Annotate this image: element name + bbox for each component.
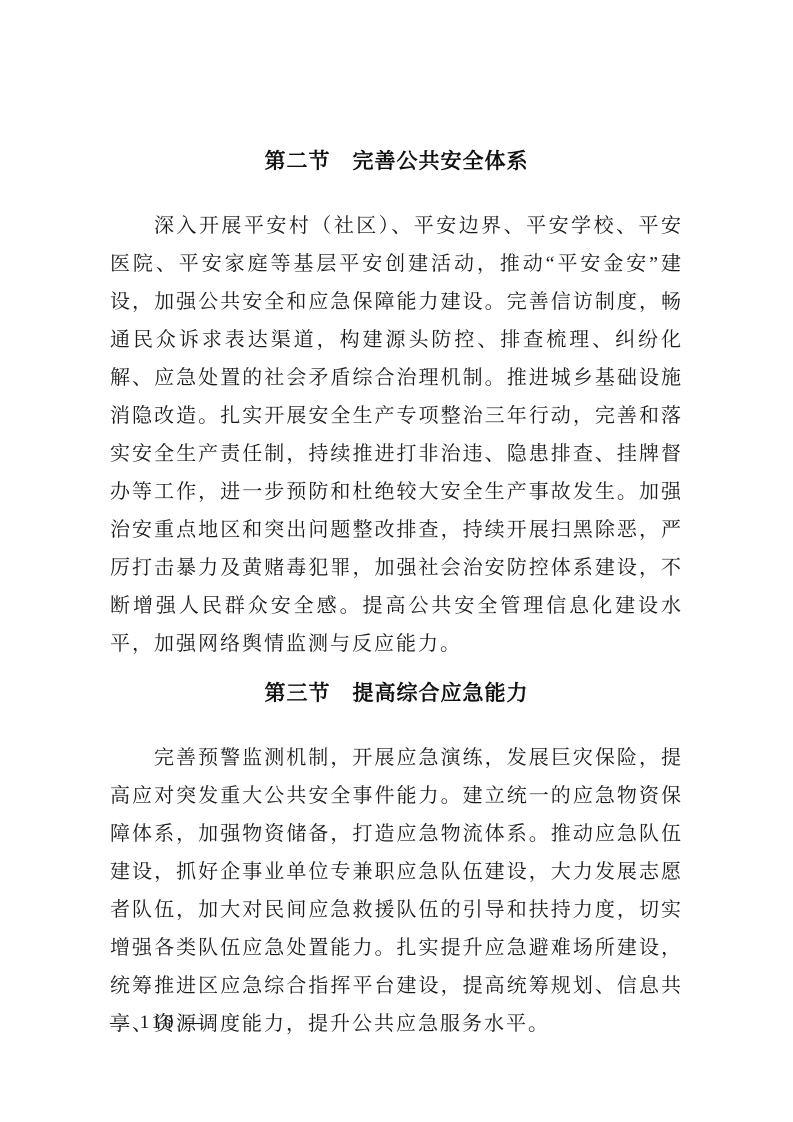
page-number: — 110 — [110, 1012, 206, 1034]
section-2-paragraph: 深入开展平安村（社区）、平安边界、平安学校、平安医院、平安家庭等基层平安创建活动… [110, 207, 683, 663]
section-3-paragraph: 完善预警监测机制，开展应急演练，发展巨灾保险，提高应对突发重大公共安全事件能力。… [110, 739, 683, 1043]
section-heading-2: 第二节 完善公共安全体系 [110, 147, 683, 177]
section-heading-3: 第三节 提高综合应急能力 [110, 679, 683, 709]
document-page: 第二节 完善公共安全体系 深入开展平安村（社区）、平安边界、平安学校、平安医院、… [0, 0, 793, 1122]
